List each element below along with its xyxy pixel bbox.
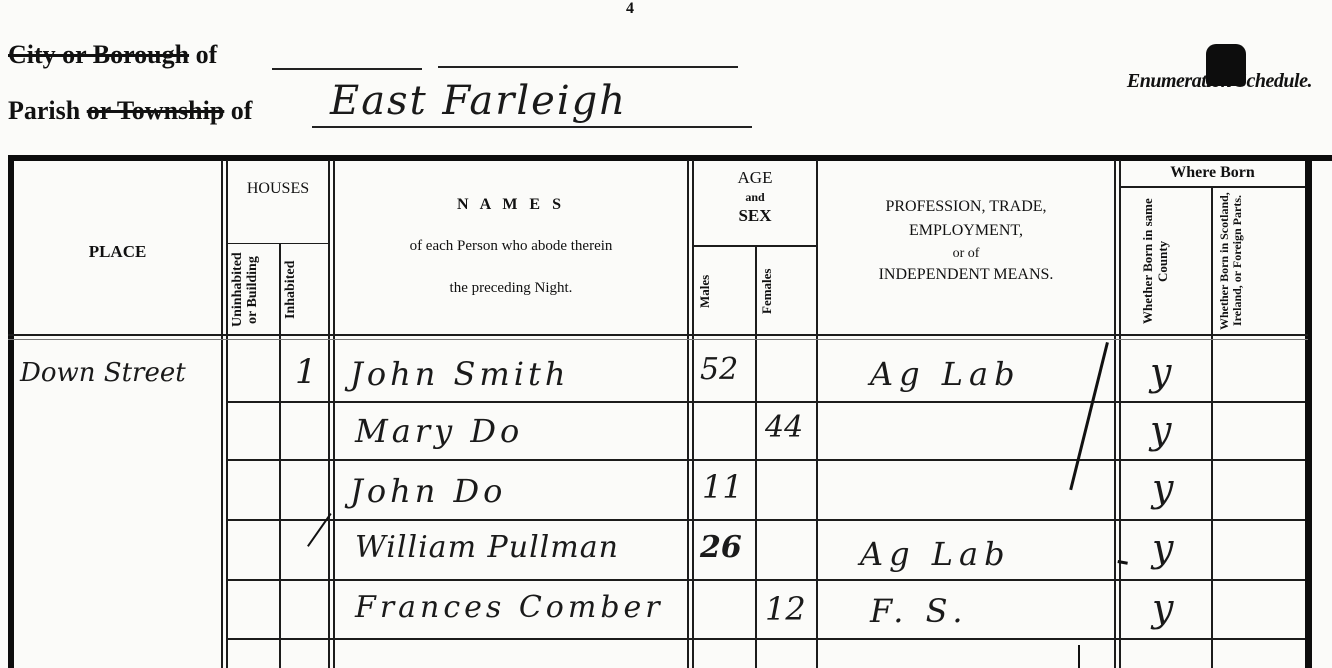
col-age-and: and [694, 190, 816, 205]
table-right-border [1305, 158, 1312, 668]
row3-same-county: y [1152, 466, 1173, 510]
row1-profession: Ag Lab [870, 355, 1021, 393]
row1-inhabited: 1 [295, 352, 317, 392]
col-profession-l3: or of [818, 246, 1114, 262]
row1-same-county: y [1150, 350, 1171, 394]
age-subline [693, 245, 816, 247]
row-line-2 [228, 459, 1305, 461]
col-names-sub1: of each Person who abode therein [335, 238, 687, 255]
township-struck: or Township [87, 96, 225, 125]
row5-same-county: y [1152, 586, 1173, 630]
col-males-header: Males [697, 252, 753, 330]
col-scotland-header: Whether Born in Scotland, Ireland, or Fo… [1218, 192, 1298, 330]
divider-names-left [328, 160, 330, 668]
parish-blank-line [312, 126, 752, 128]
divider-place [221, 160, 223, 668]
divider-place-2 [226, 160, 228, 668]
header-bottom-line-2 [8, 339, 1308, 340]
city-suffix: of [189, 40, 217, 69]
row3-name: John Do [350, 472, 506, 510]
page-number: 4 [626, 0, 634, 18]
schedule-number-blot [1206, 44, 1246, 86]
city-borough-label: City or Borough [8, 40, 189, 69]
row2-females: 44 [765, 410, 803, 445]
divider-males-females [755, 246, 757, 668]
row-line-3 [228, 519, 1305, 521]
city-blank-line-2 [438, 66, 738, 68]
col-inhabited-header: Inhabited [283, 250, 327, 330]
col-names-sub2: the preceding Night. [335, 280, 687, 297]
col-females-header: Females [759, 252, 815, 330]
divider-born-mid [1211, 188, 1213, 668]
col-age-header: AGE [694, 168, 816, 188]
col-names-header: N A M E S [335, 196, 687, 214]
born-subline [1120, 186, 1305, 188]
row5-profession: F. S. [870, 592, 969, 630]
row4-name: William Pullman [355, 530, 619, 565]
divider-age-left-2 [692, 160, 694, 668]
header-bottom-line [8, 334, 1308, 336]
row4-males: 26 [700, 530, 742, 565]
row5-females: 12 [765, 590, 806, 628]
parish-line: Parish or Township of [8, 96, 252, 126]
row-line-5 [228, 638, 1305, 640]
row-line-4 [228, 579, 1305, 581]
houses-subline [228, 243, 328, 244]
col-profession-l4: INDEPENDENT MEANS. [818, 266, 1114, 284]
row1-name: John Smith [350, 355, 569, 393]
table-left-border [8, 158, 14, 668]
row2-name: Mary Do [355, 412, 523, 450]
city-borough-line: City or Borough of [8, 40, 217, 70]
row3-males: 11 [702, 468, 743, 506]
divider-born-left [1114, 160, 1116, 668]
row4-profession: Ag Lab [860, 535, 1011, 573]
row1-males: 52 [700, 352, 738, 387]
col-profession-l2: EMPLOYMENT, [818, 222, 1114, 240]
tick-mark [1078, 645, 1080, 668]
row1-place: Down Street [20, 358, 186, 388]
parish-value: East Farleigh [330, 78, 627, 124]
parish-label: Parish [8, 96, 87, 125]
col-profession-l1: PROFESSION, TRADE, [818, 198, 1114, 216]
col-same-county-header: Whether Born in same County [1140, 192, 1194, 330]
divider-born-left-2 [1119, 160, 1121, 668]
divider-houses [279, 244, 281, 668]
col-houses-header: HOUSES [228, 180, 328, 198]
city-blank-line-1 [272, 68, 422, 70]
col-where-born-header: Where Born [1120, 164, 1305, 182]
divider-names-left-2 [333, 160, 335, 668]
table-top-border [8, 155, 1332, 161]
ditto-stroke-mark [1069, 342, 1109, 490]
parish-suffix: of [224, 96, 252, 125]
col-uninhabited-header: Uninhabited or Building [230, 250, 276, 330]
divider-age-left [687, 160, 689, 668]
row4-same-county: y [1152, 526, 1173, 570]
col-sex-header: SEX [694, 206, 816, 226]
col-place-header: PLACE [14, 242, 221, 262]
row2-same-county: y [1150, 408, 1171, 452]
row5-name: Frances Comber [355, 590, 664, 625]
row-line-1 [228, 401, 1305, 403]
